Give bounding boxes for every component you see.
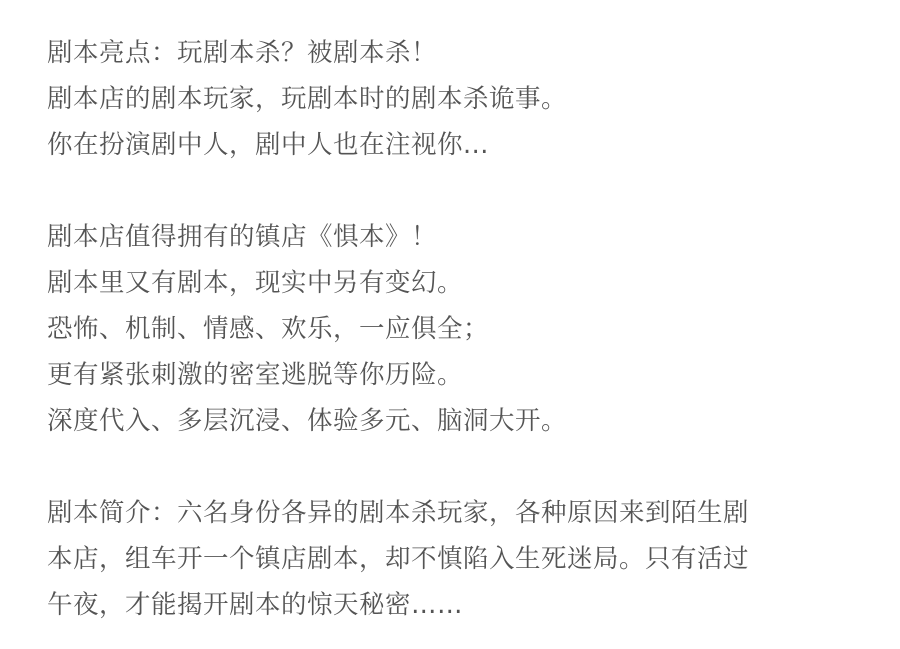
text-line: 剧本店值得拥有的镇店《惧本》！ xyxy=(47,214,867,260)
text-line: 深度代入、多层沉浸、体验多元、脑洞大开。 xyxy=(47,398,867,444)
text-line: 剧本简介：六名身份各异的剧本杀玩家，各种原因来到陌生剧 xyxy=(47,490,867,536)
text-line: 恐怖、机制、情感、欢乐，一应俱全； xyxy=(47,306,867,352)
text-line: 更有紧张刺激的密室逃脱等你历险。 xyxy=(47,352,867,398)
paragraph-highlights: 剧本亮点：玩剧本杀？被剧本杀！ 剧本店的剧本玩家，玩剧本时的剧本杀诡事。 你在扮… xyxy=(47,30,867,168)
paragraph-spacer xyxy=(47,168,867,214)
paragraph-spacer xyxy=(47,444,867,490)
paragraph-selling-points: 剧本店值得拥有的镇店《惧本》！ 剧本里又有剧本，现实中另有变幻。 恐怖、机制、情… xyxy=(47,214,867,444)
text-line: 本店，组车开一个镇店剧本，却不慎陷入生死迷局。只有活过 xyxy=(47,536,867,582)
text-line: 你在扮演剧中人，剧中人也在注视你... xyxy=(47,122,867,168)
text-line: 剧本里又有剧本，现实中另有变幻。 xyxy=(47,260,867,306)
paragraph-synopsis: 剧本简介：六名身份各异的剧本杀玩家，各种原因来到陌生剧 本店，组车开一个镇店剧本… xyxy=(47,490,867,628)
text-line: 剧本亮点：玩剧本杀？被剧本杀！ xyxy=(47,30,867,76)
text-line: 午夜，才能揭开剧本的惊天秘密…… xyxy=(47,582,867,628)
text-line: 剧本店的剧本玩家，玩剧本时的剧本杀诡事。 xyxy=(47,76,867,122)
document-body: 剧本亮点：玩剧本杀？被剧本杀！ 剧本店的剧本玩家，玩剧本时的剧本杀诡事。 你在扮… xyxy=(47,30,867,628)
